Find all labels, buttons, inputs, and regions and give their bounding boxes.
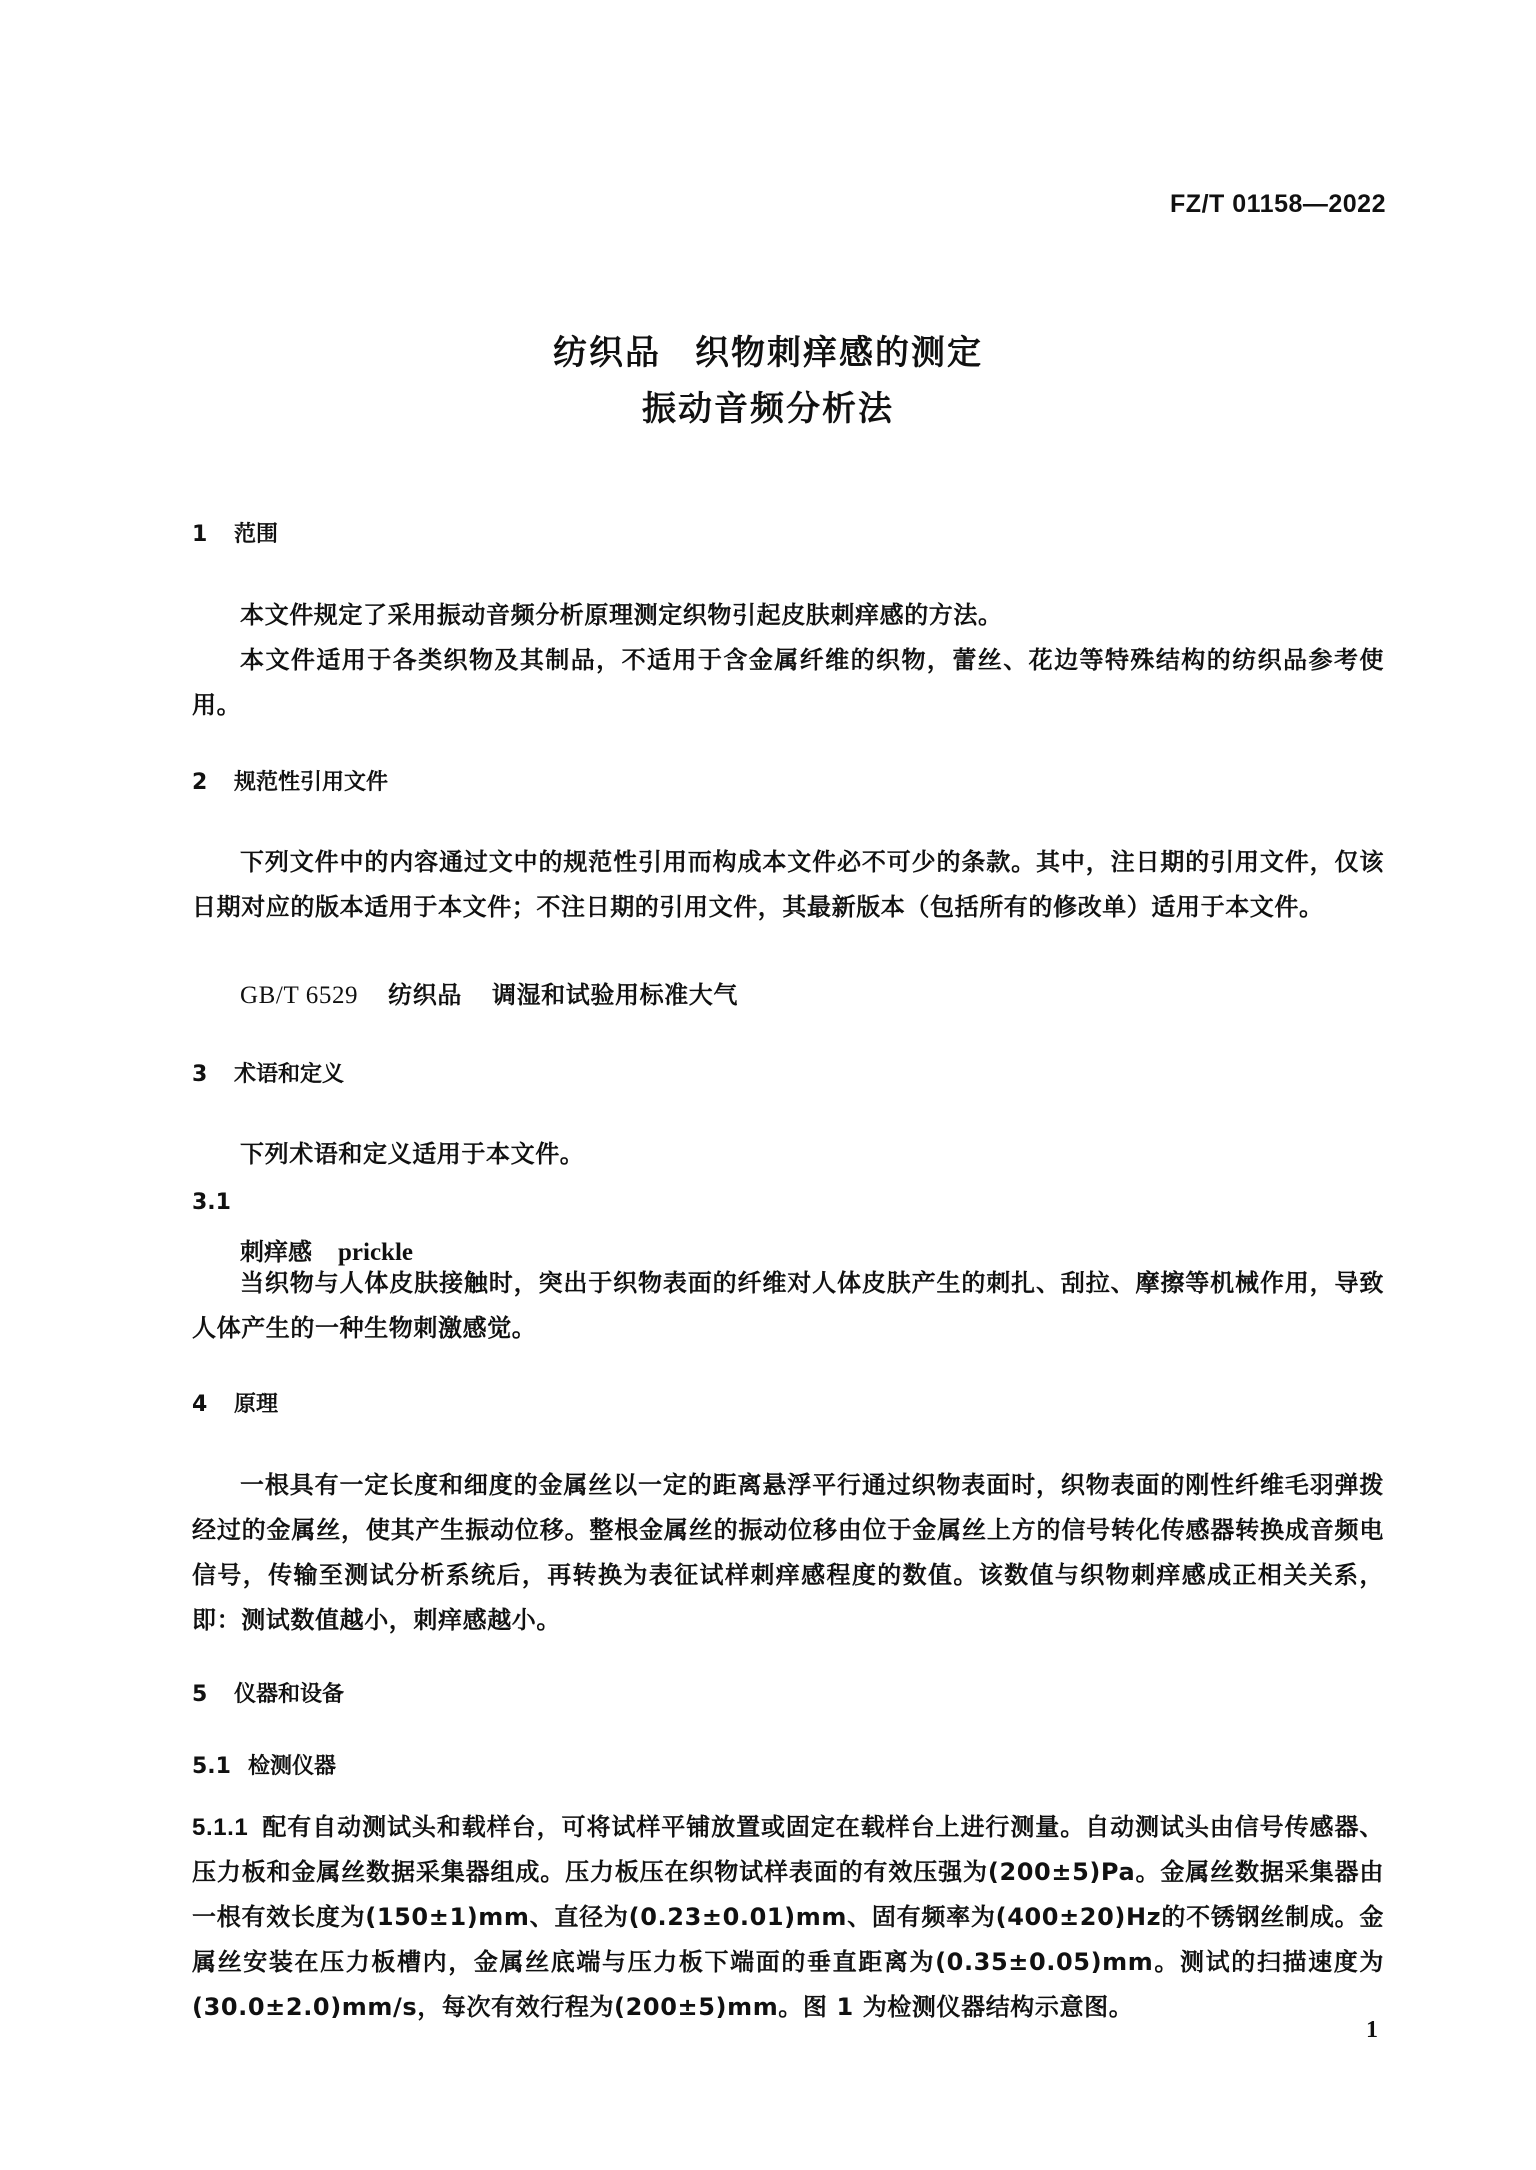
title-part-1: 纺织品 [553,333,661,373]
page-number: 1 [1366,2017,1378,2044]
reference-code: GB/T 6529 [240,982,358,1009]
title-line-1: 纺织品织物刺痒感的测定 [0,325,1536,381]
title-line-2: 振动音频分析法 [0,381,1536,437]
section-3-intro: 下列术语和定义适用于本文件。 [192,1132,1384,1177]
title-part-2: 织物刺痒感的测定 [695,333,983,373]
reference-title-2: 调湿和试验用标准大气 [492,981,738,1009]
section-5-1-heading: 5.1检测仪器 [192,1752,336,1782]
section-2-heading: 2规范性引用文件 [192,768,388,798]
reference-title-1: 纺织品 [388,981,462,1009]
section-number: 2 [192,768,234,798]
section-2-paragraph: 下列文件中的内容通过文中的规范性引用而构成本文件必不可少的条款。其中，注日期的引… [192,840,1384,930]
section-title: 原理 [234,1392,278,1417]
normative-reference: GB/T 6529纺织品调湿和试验用标准大气 [240,975,738,1010]
section-title: 仪器和设备 [234,1682,344,1707]
section-4-heading: 4原理 [192,1390,278,1420]
subsection-title: 检测仪器 [248,1754,336,1779]
section-title: 规范性引用文件 [234,770,388,795]
section-number: 5 [192,1680,234,1710]
subsection-number: 5.1 [192,1752,248,1782]
document-page: FZ/T 01158—2022 纺织品织物刺痒感的测定 振动音频分析法 1范围 … [0,0,1536,2170]
section-1-heading: 1范围 [192,520,278,550]
section-4-paragraph: 一根具有一定长度和细度的金属丝以一定的距离悬浮平行通过织物表面时，织物表面的刚性… [192,1463,1384,1643]
standard-code: FZ/T 01158—2022 [1170,190,1386,219]
clause-text: 配有自动测试头和载样台，可将试样平铺放置或固定在载样台上进行测量。自动测试头由信… [192,1813,1384,2021]
clause-number: 5.1.1 [192,1805,262,1850]
section-number: 1 [192,520,234,550]
section-1-paragraph-1: 本文件规定了采用振动音频分析原理测定织物引起皮肤刺痒感的方法。 [192,593,1384,638]
term-number: 3.1 [192,1190,231,1215]
section-title: 范围 [234,522,278,547]
section-5-heading: 5仪器和设备 [192,1680,344,1710]
section-number: 3 [192,1060,234,1090]
term-definition: 当织物与人体皮肤接触时，突出于织物表面的纤维对人体皮肤产生的刺扎、刮拉、摩擦等机… [192,1261,1384,1351]
section-1-paragraph-2: 本文件适用于各类织物及其制品，不适用于含金属纤维的织物，蕾丝、花边等特殊结构的纺… [192,638,1384,728]
section-number: 4 [192,1390,234,1420]
document-title: 纺织品织物刺痒感的测定 振动音频分析法 [0,325,1536,437]
clause-5-1-1: 5.1.1配有自动测试头和载样台，可将试样平铺放置或固定在载样台上进行测量。自动… [192,1805,1384,2030]
section-3-heading: 3术语和定义 [192,1060,344,1090]
section-title: 术语和定义 [234,1062,344,1087]
